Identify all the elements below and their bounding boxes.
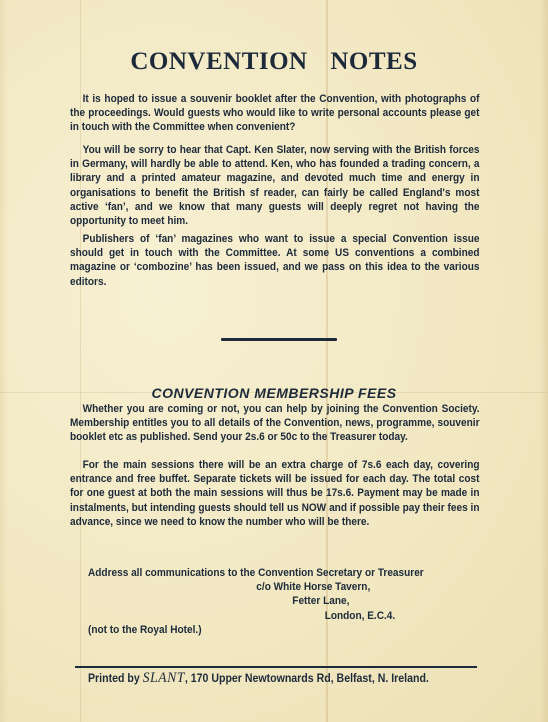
paragraph-text: It is hoped to issue a souvenir booklet … bbox=[70, 92, 480, 135]
fees-heading: CONVENTION MEMBERSHIP FEES bbox=[0, 385, 548, 401]
notes-paragraph: Publishers of ‘fan’ magazines who want t… bbox=[70, 232, 480, 289]
address-block: Address all communications to the Conven… bbox=[88, 566, 424, 637]
address-line: Fetter Lane, bbox=[292, 594, 423, 608]
section-divider bbox=[221, 338, 337, 341]
notes-paragraph: You will be sorry to hear that Capt. Ken… bbox=[70, 143, 480, 228]
paragraph-text: Publishers of ‘fan’ magazines who want t… bbox=[70, 232, 480, 289]
printer-prefix: Printed by bbox=[88, 673, 143, 685]
paragraph-text: Whether you are coming or not, you can h… bbox=[70, 402, 480, 445]
address-intro: Address all communications to the Conven… bbox=[88, 566, 424, 580]
notes-paragraph: It is hoped to issue a souvenir booklet … bbox=[70, 92, 480, 135]
page-title: CONVENTION NOTES bbox=[0, 48, 548, 76]
footer-divider bbox=[75, 666, 477, 668]
paragraph-text: For the main sessions there will be an e… bbox=[70, 458, 480, 529]
printer-address: , 170 Upper Newtownards Rd, Belfast, N. … bbox=[185, 673, 429, 685]
fees-paragraph: Whether you are coming or not, you can h… bbox=[70, 402, 480, 445]
publisher-name: SLANT bbox=[143, 670, 185, 686]
printer-credit: Printed by SLANT, 170 Upper Newtownards … bbox=[88, 670, 429, 687]
fees-paragraph: For the main sessions there will be an e… bbox=[70, 458, 480, 529]
address-line: c/o White Horse Tavern, bbox=[256, 580, 423, 594]
address-line: London, E.C.4. bbox=[325, 609, 424, 623]
paragraph-text: You will be sorry to hear that Capt. Ken… bbox=[70, 143, 480, 228]
address-note: (not to the Royal Hotel.) bbox=[88, 623, 424, 637]
